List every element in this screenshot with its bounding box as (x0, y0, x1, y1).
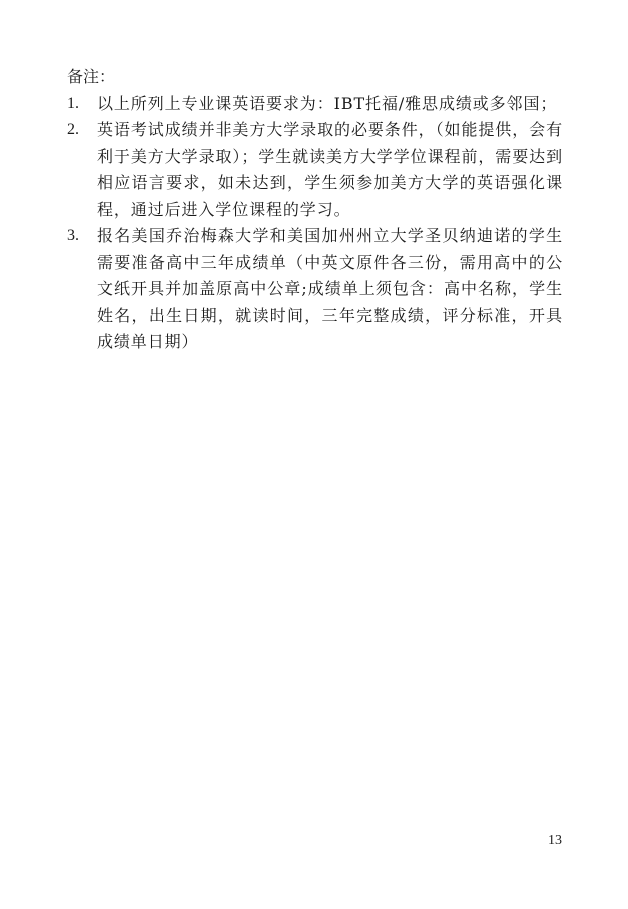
note-number: 3. (67, 223, 79, 250)
notes-list: 1. 以上所列上专业课英语要求为：IBT托福/雅思成绩或多邻国； 2. 英语考试… (67, 91, 563, 356)
note-number: 1. (67, 91, 79, 118)
note-item-2: 2. 英语考试成绩并非美方大学录取的必要条件，（如能提供，会有利于美方大学录取）… (67, 117, 563, 223)
document-page: 备注： 1. 以上所列上专业课英语要求为：IBT托福/雅思成绩或多邻国； 2. … (0, 0, 628, 909)
notes-heading: 备注： (67, 64, 115, 91)
note-number: 2. (67, 117, 79, 144)
page-number: 13 (548, 833, 562, 849)
note-item-1: 1. 以上所列上专业课英语要求为：IBT托福/雅思成绩或多邻国； (67, 91, 563, 118)
note-text: 报名美国乔治梅森大学和美国加州州立大学圣贝纳迪诺的学生需要准备高中三年成绩单（中… (97, 223, 563, 356)
note-text: 英语考试成绩并非美方大学录取的必要条件，（如能提供，会有利于美方大学录取）；学生… (97, 117, 563, 223)
note-item-3: 3. 报名美国乔治梅森大学和美国加州州立大学圣贝纳迪诺的学生需要准备高中三年成绩… (67, 223, 563, 356)
note-text: 以上所列上专业课英语要求为：IBT托福/雅思成绩或多邻国； (97, 91, 563, 118)
